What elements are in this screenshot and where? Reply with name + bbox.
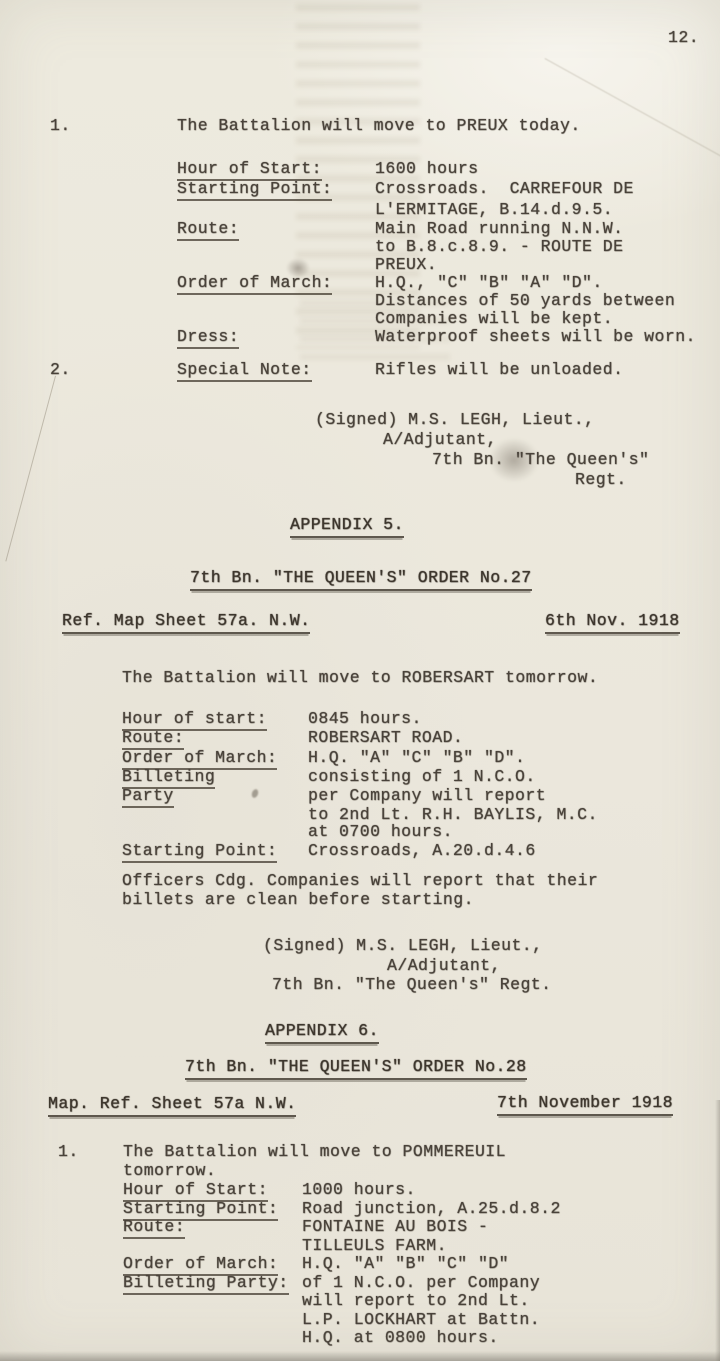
field-label-text: Dress: (177, 327, 239, 349)
field-label: Hour of start: (122, 709, 267, 729)
order-body-text: tomorrow. (123, 1161, 216, 1181)
field-value: to B.8.c.8.9. - ROUTE DE (375, 237, 623, 257)
field-value: Companies will be kept. (375, 309, 613, 329)
field-label-text: Special Note: (177, 360, 312, 382)
field-value: per Company will report (308, 786, 546, 806)
field-value: Road junction, A.25.d.8.2 (302, 1199, 561, 1219)
field-value: H.Q. at 0800 hours. (302, 1328, 499, 1348)
map-reference: Map. Ref. Sheet 57a N.W. (48, 1094, 296, 1114)
order-date-text: 7th November 1918 (497, 1093, 673, 1116)
field-value: at 0700 hours. (308, 822, 453, 842)
order-date: 6th Nov. 1918 (545, 611, 680, 631)
item-number: 1. (58, 1142, 79, 1162)
field-label: Billeting (122, 767, 215, 787)
appendix-heading-text: APPENDIX 5. (290, 515, 404, 538)
field-label-text: Hour of Start: (177, 159, 322, 181)
signature-line: 7th Bn. "The Queen's" (432, 450, 649, 470)
field-label: Party (122, 786, 174, 806)
field-label: Starting Point: (177, 179, 332, 199)
field-value: Distances of 50 yards between (375, 291, 675, 311)
field-label: Hour of Start: (123, 1180, 268, 1200)
scan-edge (0, 1351, 720, 1361)
order-title-text: 7th Bn. "THE QUEEN'S" ORDER No.28 (185, 1057, 527, 1080)
item-number: 1. (50, 116, 71, 136)
field-value: Crossroads. CARREFOUR DE (375, 179, 634, 199)
signature-line: 7th Bn. "The Queen's" Regt. (272, 975, 552, 995)
field-label: Route: (122, 728, 184, 748)
field-value: PREUX. (375, 255, 437, 275)
paper-crease (5, 376, 56, 562)
field-value: TILLEULS FARM. (302, 1236, 447, 1256)
appendix-heading-text: APPENDIX 6. (265, 1021, 379, 1044)
order-title: 7th Bn. "THE QUEEN'S" ORDER No.28 (185, 1057, 527, 1077)
order-title: 7th Bn. "THE QUEEN'S" ORDER No.27 (190, 568, 532, 588)
field-value: H.Q., "C" "B" "A" "D". (375, 273, 603, 293)
map-reference-text: Map. Ref. Sheet 57a N.W. (48, 1094, 296, 1117)
field-label: Route: (123, 1217, 185, 1237)
field-value: 1000 hours. (302, 1180, 416, 1200)
order-body-text: The Battalion will move to ROBERSART tom… (122, 668, 598, 688)
field-label-text: Route: (122, 728, 184, 750)
field-label-text: Party (122, 786, 174, 808)
scan-edge (715, 1100, 720, 1361)
order-body-text: The Battalion will move to PREUX today. (177, 116, 581, 136)
field-label-text: Starting Point: (122, 841, 277, 863)
field-label: Billeting Party: (123, 1273, 289, 1293)
field-value: H.Q. "A" "C" "B" "D". (308, 748, 525, 768)
order-note-line: Officers Cdg. Companies will report that… (122, 871, 598, 891)
field-value: consisting of 1 N.C.O. (308, 767, 536, 787)
order-date-text: 6th Nov. 1918 (545, 611, 680, 634)
page-number: 12. (668, 28, 699, 48)
field-label: Order of March: (122, 748, 277, 768)
field-label: Dress: (177, 327, 239, 347)
order-date: 7th November 1918 (497, 1093, 673, 1113)
map-reference-text: Ref. Map Sheet 57a. N.W. (62, 611, 310, 634)
appendix-heading: APPENDIX 6. (265, 1021, 379, 1041)
field-value: Waterproof sheets will be worn. (375, 327, 696, 347)
field-label: Special Note: (177, 360, 312, 380)
field-value: will report to 2nd Lt. (302, 1291, 530, 1311)
field-value: Rifles will be unloaded. (375, 360, 623, 380)
order-note-line: billets are clean before starting. (122, 890, 474, 910)
signature-line: (Signed) M.S. LEGH, Lieut., (263, 936, 543, 956)
signature-line: A/Adjutant, (383, 430, 497, 450)
field-value: ROBERSART ROAD. (308, 728, 463, 748)
order-body-text: The Battalion will move to POMMEREUIL (123, 1142, 506, 1162)
field-label: Route: (177, 219, 239, 239)
field-label-text: Billeting Party: (123, 1273, 289, 1295)
field-label: Starting Point: (123, 1199, 278, 1219)
field-value: L.P. LOCKHART at Battn. (302, 1310, 540, 1330)
field-value: FONTAINE AU BOIS - (302, 1217, 488, 1237)
order-title-text: 7th Bn. "THE QUEEN'S" ORDER No.27 (190, 568, 532, 591)
field-label-text: Starting Point: (177, 179, 332, 201)
field-value: 1600 hours (375, 159, 479, 179)
field-value: L'ERMITAGE, B.14.d.9.5. (375, 200, 613, 220)
field-label: Starting Point: (122, 841, 277, 861)
field-value: of 1 N.C.O. per Company (302, 1273, 540, 1293)
field-value: H.Q. "A" "B" "C" "D" (302, 1254, 509, 1274)
field-label-text: Route: (123, 1217, 185, 1239)
field-value: Main Road running N.N.W. (375, 219, 623, 239)
field-label: Order of March: (123, 1254, 278, 1274)
field-label-text: Order of March: (177, 273, 332, 295)
field-value: Crossroads, A.20.d.4.6 (308, 841, 536, 861)
field-label: Order of March: (177, 273, 332, 293)
appendix-heading: APPENDIX 5. (290, 515, 404, 535)
field-value: 0845 hours. (308, 709, 422, 729)
signature-line: A/Adjutant, (387, 956, 501, 976)
signature-line: (Signed) M.S. LEGH, Lieut., (315, 410, 595, 430)
signature-line: Regt. (575, 470, 627, 490)
item-number: 2. (50, 360, 71, 380)
field-label-text: Route: (177, 219, 239, 241)
ink-speck (251, 788, 260, 799)
document-page: 12. 1. The Battalion will move to PREUX … (0, 0, 720, 1361)
map-reference: Ref. Map Sheet 57a. N.W. (62, 611, 310, 631)
field-label: Hour of Start: (177, 159, 322, 179)
